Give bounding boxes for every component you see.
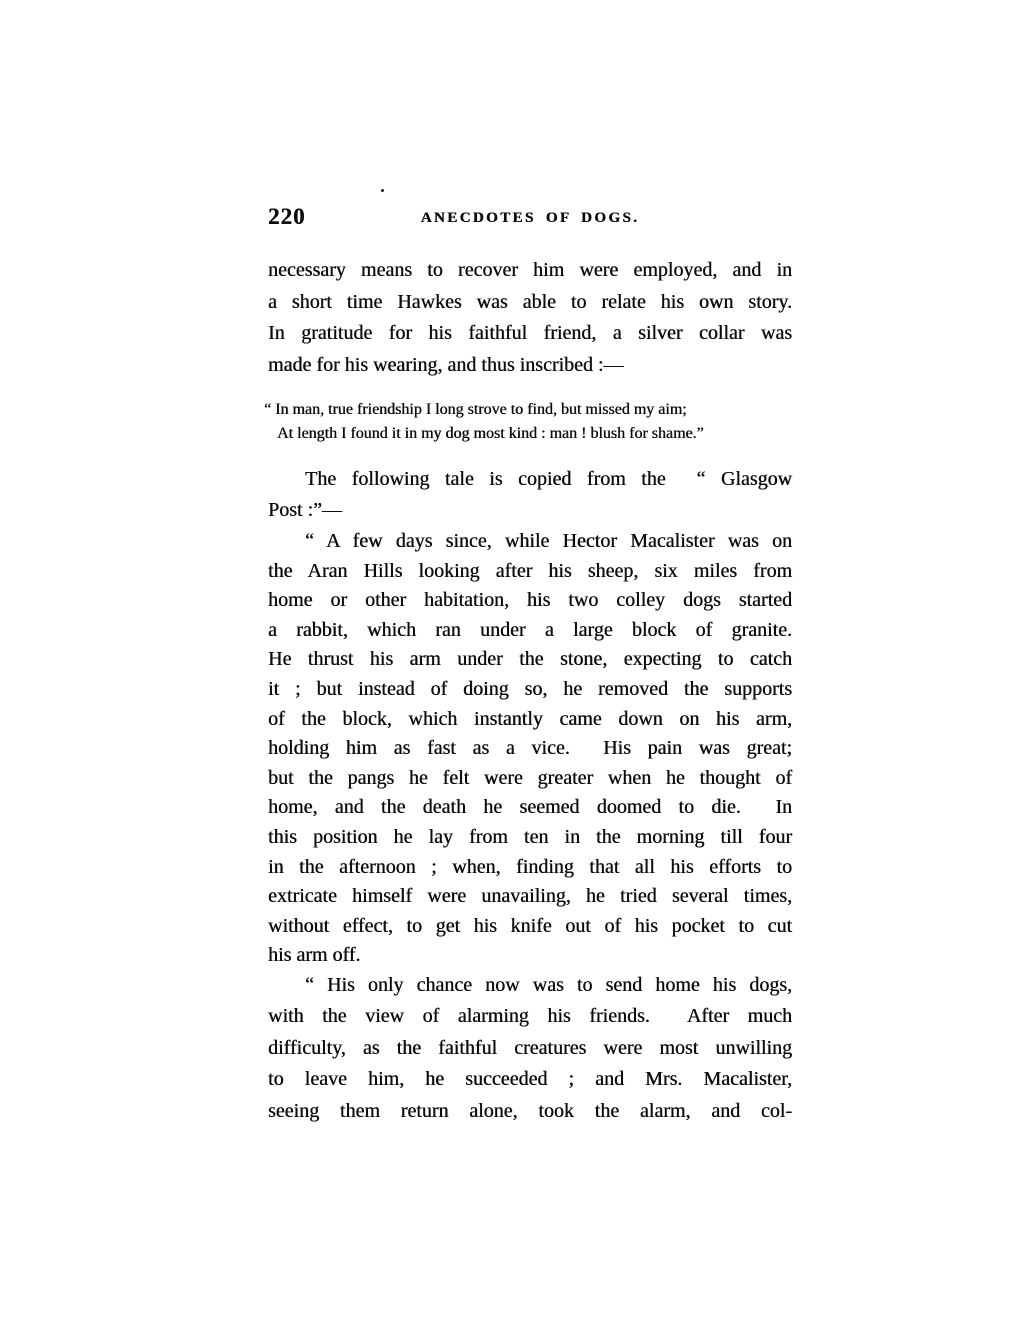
- text-line: extricate himself were unavailing, he tr…: [268, 882, 792, 912]
- text-line: but the pangs he felt were greater when …: [268, 764, 792, 794]
- paragraph-4: “ His only chance now was to send home h…: [268, 970, 792, 1127]
- text-line: In gratitude for his faithful friend, a …: [268, 318, 792, 350]
- verse-line: “ In man, true friendship I long strove …: [264, 398, 776, 422]
- text-line: his arm off.: [268, 941, 792, 971]
- text-line: home or other habitation, his two colley…: [268, 586, 792, 616]
- text-line: a short time Hawkes was able to relate h…: [268, 287, 792, 319]
- text-line: “ His only chance now was to send home h…: [268, 970, 792, 1001]
- text-line: to leave him, he succeeded ; and Mrs. Ma…: [268, 1064, 792, 1095]
- text-line: necessary means to recover him were empl…: [268, 255, 792, 287]
- paragraph-2: The following tale is copied from the “ …: [268, 464, 792, 526]
- text-line: of the block, which instantly came down …: [268, 705, 792, 735]
- text-line: it ; but instead of doing so, he removed…: [268, 675, 792, 705]
- running-header: ANECDOTES OF DOGS.: [268, 210, 792, 227]
- verse-couplet: “ In man, true friendship I long strove …: [264, 398, 776, 445]
- text-line: seeing them return alone, took the alarm…: [268, 1096, 792, 1127]
- text-line: He thrust his arm under the stone, expec…: [268, 645, 792, 675]
- text-line: in the afternoon ; when, finding that al…: [268, 853, 792, 883]
- text-line: this position he lay from ten in the mor…: [268, 823, 792, 853]
- text-line: with the view of alarming his friends. A…: [268, 1001, 792, 1032]
- text-line: Post :”—: [268, 495, 792, 526]
- text-line: home, and the death he seemed doomed to …: [268, 793, 792, 823]
- verse-line: At length I found it in my dog most kind…: [264, 422, 776, 446]
- paragraph-1: necessary means to recover him were empl…: [268, 255, 792, 381]
- paragraph-3: “ A few days since, while Hector Macalis…: [268, 527, 792, 971]
- ink-speck: [381, 189, 384, 192]
- text-line: holding him as fast as a vice. His pain …: [268, 734, 792, 764]
- text-line: made for his wearing, and thus inscribed…: [268, 350, 792, 382]
- text-line: a rabbit, which ran under a large block …: [268, 616, 792, 646]
- text-line: without effect, to get his knife out of …: [268, 912, 792, 942]
- text-line: the Aran Hills looking after his sheep, …: [268, 557, 792, 587]
- book-page: 220 ANECDOTES OF DOGS. necessary means t…: [0, 0, 1033, 1339]
- text-line: The following tale is copied from the “ …: [268, 464, 792, 495]
- text-line: difficulty, as the faithful creatures we…: [268, 1033, 792, 1064]
- text-line: “ A few days since, while Hector Macalis…: [268, 527, 792, 557]
